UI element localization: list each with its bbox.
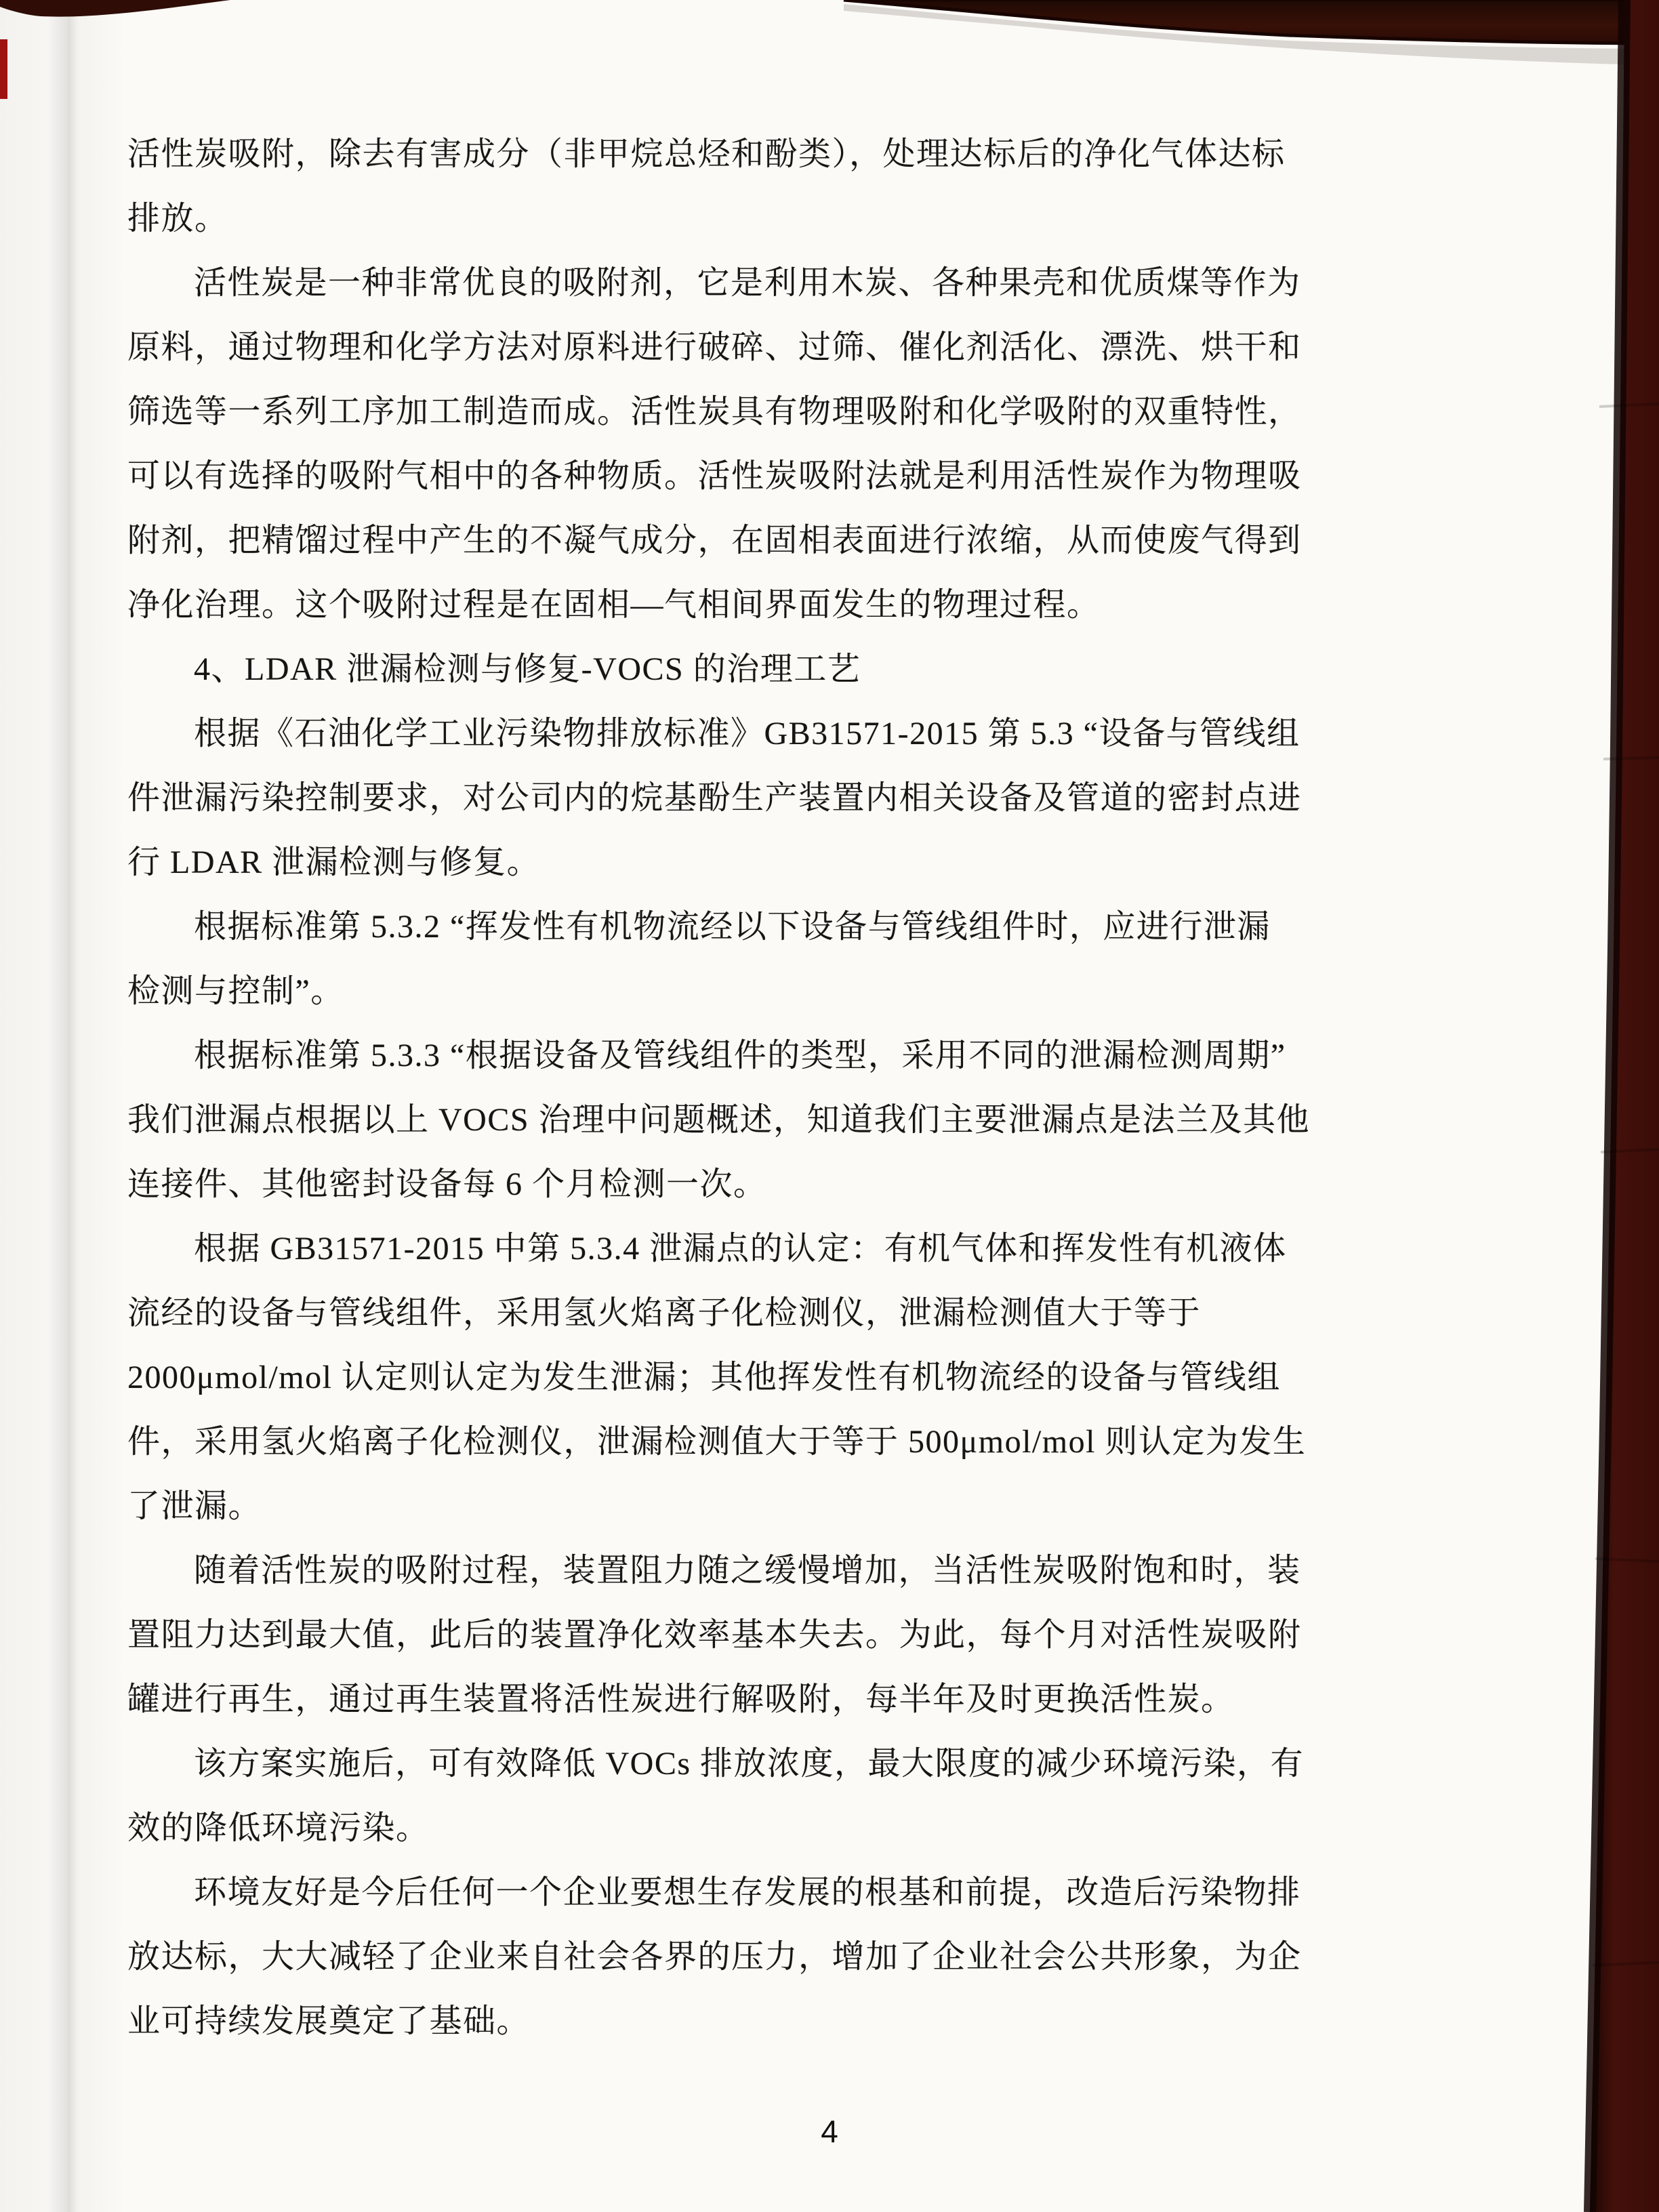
text-line: 效的降低环境污染。 — [127, 1796, 1392, 1860]
text-line: 件泄漏污染控制要求，对公司内的烷基酚生产装置内相关设备及管道的密封点进 — [127, 766, 1392, 830]
text-line: 罐进行再生，通过再生装置将活性炭进行解吸附，每半年及时更换活性炭。 — [127, 1667, 1392, 1732]
text-line: 附剂，把精馏过程中产生的不凝气成分，在固相表面进行浓缩，从而使废气得到 — [127, 508, 1392, 573]
text-line: 净化治理。这个吸附过程是在固相—气相间界面发生的物理过程。 — [127, 573, 1392, 637]
underlying-pages-edge — [0, 5, 68, 2212]
document-page: 活性炭吸附，除去有害成分（非甲烷总烃和酚类），处理达标后的净化气体达标 排放。 … — [0, 0, 1659, 2212]
text-line: 检测与控制”。 — [127, 959, 1392, 1023]
text-line: 原料，通过物理和化学方法对原料进行破碎、过筛、催化剂活化、漂洗、烘干和 — [127, 315, 1392, 380]
text-line: 根据标准第 5.3.3 “根据设备及管线组件的类型，采用不同的泄漏检测周期” — [127, 1023, 1392, 1088]
text-line: 业可持续发展奠定了基础。 — [127, 1989, 1392, 2053]
text-line: 该方案实施后，可有效降低 VOCs 排放浓度，最大限度的减少环境污染，有 — [127, 1732, 1392, 1796]
text-line: 筛选等一系列工序加工制造而成。活性炭具有物理吸附和化学吸附的双重特性， — [127, 380, 1392, 444]
text-line: 放达标，大大减轻了企业来自社会各界的压力，增加了企业社会公共形象，为企 — [127, 1925, 1392, 1989]
text-line: 随着活性炭的吸附过程，装置阻力随之缓慢增加，当活性炭吸附饱和时，装 — [127, 1538, 1392, 1603]
photographed-document-scene: 活性炭吸附，除去有害成分（非甲烷总烃和酚类），处理达标后的净化气体达标 排放。 … — [0, 0, 1659, 2212]
text-line: 了泄漏。 — [127, 1474, 1392, 1538]
text-line: 置阻力达到最大值，此后的装置净化效率基本失去。为此，每个月对活性炭吸附 — [127, 1603, 1392, 1667]
text-line: 流经的设备与管线组件，采用氢火焰离子化检测仪，泄漏检测值大于等于 — [127, 1281, 1392, 1345]
text-line: 活性炭是一种非常优良的吸附剂，它是利用木炭、各种果壳和优质煤等作为 — [127, 251, 1392, 315]
text-line: 根据标准第 5.3.2 “挥发性有机物流经以下设备与管线组件时，应进行泄漏 — [127, 895, 1392, 959]
text-line: 件，采用氢火焰离子化检测仪，泄漏检测值大于等于 500μmol/mol 则认定为… — [127, 1410, 1392, 1474]
text-line: 根据 GB31571-2015 中第 5.3.4 泄漏点的认定：有机气体和挥发性… — [127, 1216, 1392, 1281]
document-text-block: 活性炭吸附，除去有害成分（非甲烷总烃和酚类），处理达标后的净化气体达标 排放。 … — [127, 122, 1392, 2053]
text-line: 活性炭吸附，除去有害成分（非甲烷总烃和酚类），处理达标后的净化气体达标 — [127, 122, 1392, 186]
text-line: 可以有选择的吸附气相中的各种物质。活性炭吸附法就是利用活性炭作为物理吸 — [127, 444, 1392, 508]
text-line: 2000μmol/mol 认定则认定为发生泄漏；其他挥发性有机物流经的设备与管线… — [127, 1345, 1392, 1410]
page-number: 4 — [0, 2113, 1659, 2150]
page-binding-crease — [68, 14, 125, 2212]
text-line: 环境友好是今后任何一个企业要想生存发展的根基和前提，改造后污染物排 — [127, 1860, 1392, 1925]
section-heading-line: 4、LDAR 泄漏检测与修复-VOCS 的治理工艺 — [127, 637, 1392, 701]
text-line: 根据《石油化学工业污染物排放标准》GB31571-2015 第 5.3 “设备与… — [127, 701, 1392, 766]
text-line: 排放。 — [127, 186, 1392, 251]
text-line: 我们泄漏点根据以上 VOCS 治理中问题概述，知道我们主要泄漏点是法兰及其他 — [127, 1088, 1392, 1152]
text-line: 行 LDAR 泄漏检测与修复。 — [127, 830, 1392, 895]
text-line: 连接件、其他密封设备每 6 个月检测一次。 — [127, 1152, 1392, 1216]
